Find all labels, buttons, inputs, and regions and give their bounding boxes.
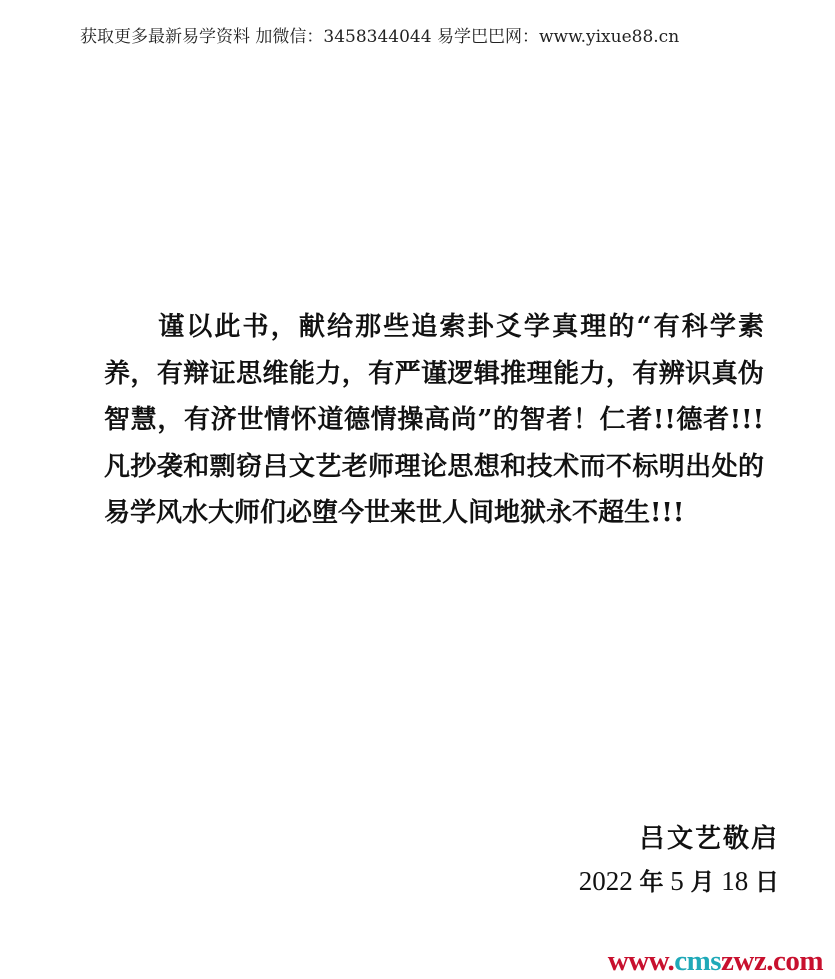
dedication-paragraph: 谨以此书，献给那些追索卦爻学真理的“有科学素养，有辩证思维能力，有严谨逻辑推理能… — [104, 304, 764, 537]
watermark-prefix: www. — [608, 945, 674, 977]
date-year: 2022 — [579, 866, 633, 896]
date-day: 18 — [721, 866, 748, 896]
date-month-unit: 月 — [691, 867, 715, 896]
signature-date: 2022 年 5 月 18 日 — [579, 862, 779, 897]
dedication-text: 谨以此书，献给那些追索卦爻学真理的“有科学素养，有辩证思维能力，有严谨逻辑推理能… — [104, 312, 764, 528]
date-day-unit: 日 — [755, 867, 779, 896]
date-year-unit: 年 — [640, 867, 664, 896]
watermark-middle: cms — [674, 945, 721, 977]
date-month: 5 — [670, 866, 684, 896]
signature-name: 吕文艺敬启 — [639, 818, 779, 855]
site-watermark: www.cmszwz.com — [608, 945, 823, 978]
watermark-suffix: zwz.com — [721, 945, 823, 977]
header-contact-line: 获取更多最新易学资料 加微信：3458344044 易学巴巴网：www.yixu… — [80, 22, 679, 47]
